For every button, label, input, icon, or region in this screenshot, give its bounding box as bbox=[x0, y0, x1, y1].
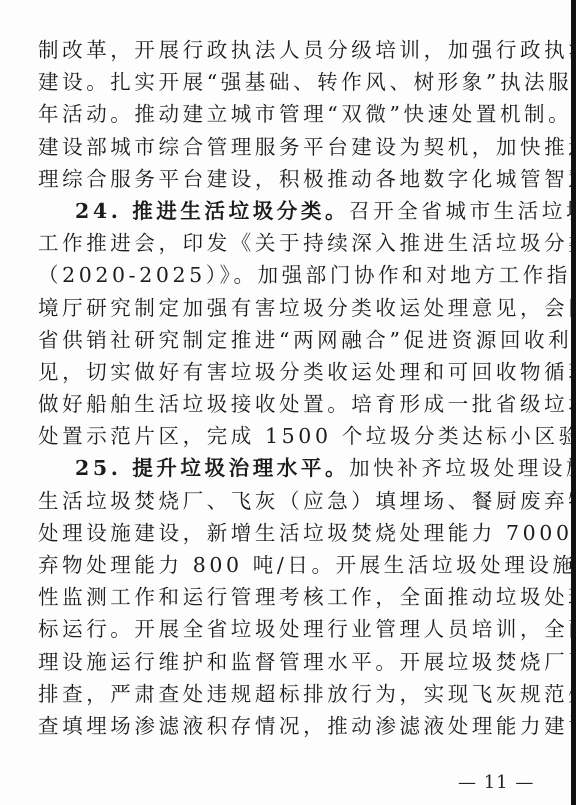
text-line: 见，切实做好有害垃圾分类收运处理和可回收物循环利用工作。 bbox=[38, 356, 543, 388]
section-heading-24: 24. 推进生活垃圾分类。 bbox=[75, 199, 349, 223]
text-line: 建设部城市综合管理服务平台建设为契机，加快推进省级城市管 bbox=[38, 131, 543, 163]
section-24-first-line: 24. 推进生活垃圾分类。召开全省城市生活垃圾分类和治理 bbox=[38, 195, 543, 227]
page-number: — 11 — bbox=[458, 772, 534, 793]
body-text: 制改革，开展行政执法人员分级培训，加强行政执法队伍规范化 建设。扎实开展“强基础… bbox=[38, 34, 543, 742]
text-line: 做好船舶生活垃圾接收处置。培育形成一批省级垃圾分类全链条 bbox=[38, 388, 543, 420]
text-line: 排查，严肃查处违规超标排放行为，实现飞灰规范处置。全面排 bbox=[38, 678, 543, 710]
text-line: 理设施运行维护和监督管理水平。开展垃圾焚烧厂飞灰处置安全 bbox=[38, 646, 543, 678]
text-line-span: 加快补齐垃圾处理设施短板，推进 bbox=[349, 456, 576, 480]
text-line: 处理设施建设，新增生活垃圾焚烧处理能力 7000 吨/日、餐厨废 bbox=[38, 517, 543, 549]
text-line: 建设。扎实开展“强基础、转作风、树形象”执法服务水平提升 bbox=[38, 66, 543, 98]
text-line: 制改革，开展行政执法人员分级培训，加强行政执法队伍规范化 bbox=[38, 34, 543, 66]
text-line: 境厅研究制定加强有害垃圾分类收运处理意见，会同省商务厅、 bbox=[38, 292, 543, 324]
text-line: 性监测工作和运行管理考核工作，全面推动垃圾处理设施稳定达 bbox=[38, 581, 543, 613]
text-line: 理综合服务平台建设，积极推动各地数字化城管智慧化升级。 bbox=[38, 163, 543, 195]
text-line: 标运行。开展全省垃圾处理行业管理人员培训，全面提升垃圾处 bbox=[38, 613, 543, 645]
text-line: 弃物处理能力 800 吨/日。开展生活垃圾处理设施污染物排放监督 bbox=[38, 549, 543, 581]
text-line: （2020-2025）》。加强部门协作和对地方工作指导，会同省生态环 bbox=[38, 259, 543, 291]
text-line: 工作推进会，印发《关于持续深入推进生活垃圾分类工作的意见 bbox=[38, 227, 543, 259]
text-line: 省供销社研究制定推进“两网融合”促进资源回收利用的指导意 bbox=[38, 324, 543, 356]
section-25-first-line: 25. 提升垃圾治理水平。加快补齐垃圾处理设施短板，推进 bbox=[38, 452, 543, 484]
text-line: 年活动。推动建立城市管理“双微”快速处置机制。以住房城乡 bbox=[38, 98, 543, 130]
text-line: 查填埋场渗滤液积存情况，推动渗滤液处理能力建设，逐步消除 bbox=[38, 710, 543, 742]
document-page: 制改革，开展行政执法人员分级培训，加强行政执法队伍规范化 建设。扎实开展“强基础… bbox=[0, 0, 571, 805]
text-line: 生活垃圾焚烧厂、飞灰（应急）填埋场、餐厨废弃物和建筑垃圾 bbox=[38, 485, 543, 517]
section-heading-25: 25. 提升垃圾治理水平。 bbox=[75, 456, 349, 480]
text-line-span: 召开全省城市生活垃圾分类和治理 bbox=[349, 199, 576, 223]
scan-edge-border bbox=[571, 0, 576, 805]
text-line: 处置示范片区，完成 1500 个垃圾分类达标小区验收工作。 bbox=[38, 420, 543, 452]
